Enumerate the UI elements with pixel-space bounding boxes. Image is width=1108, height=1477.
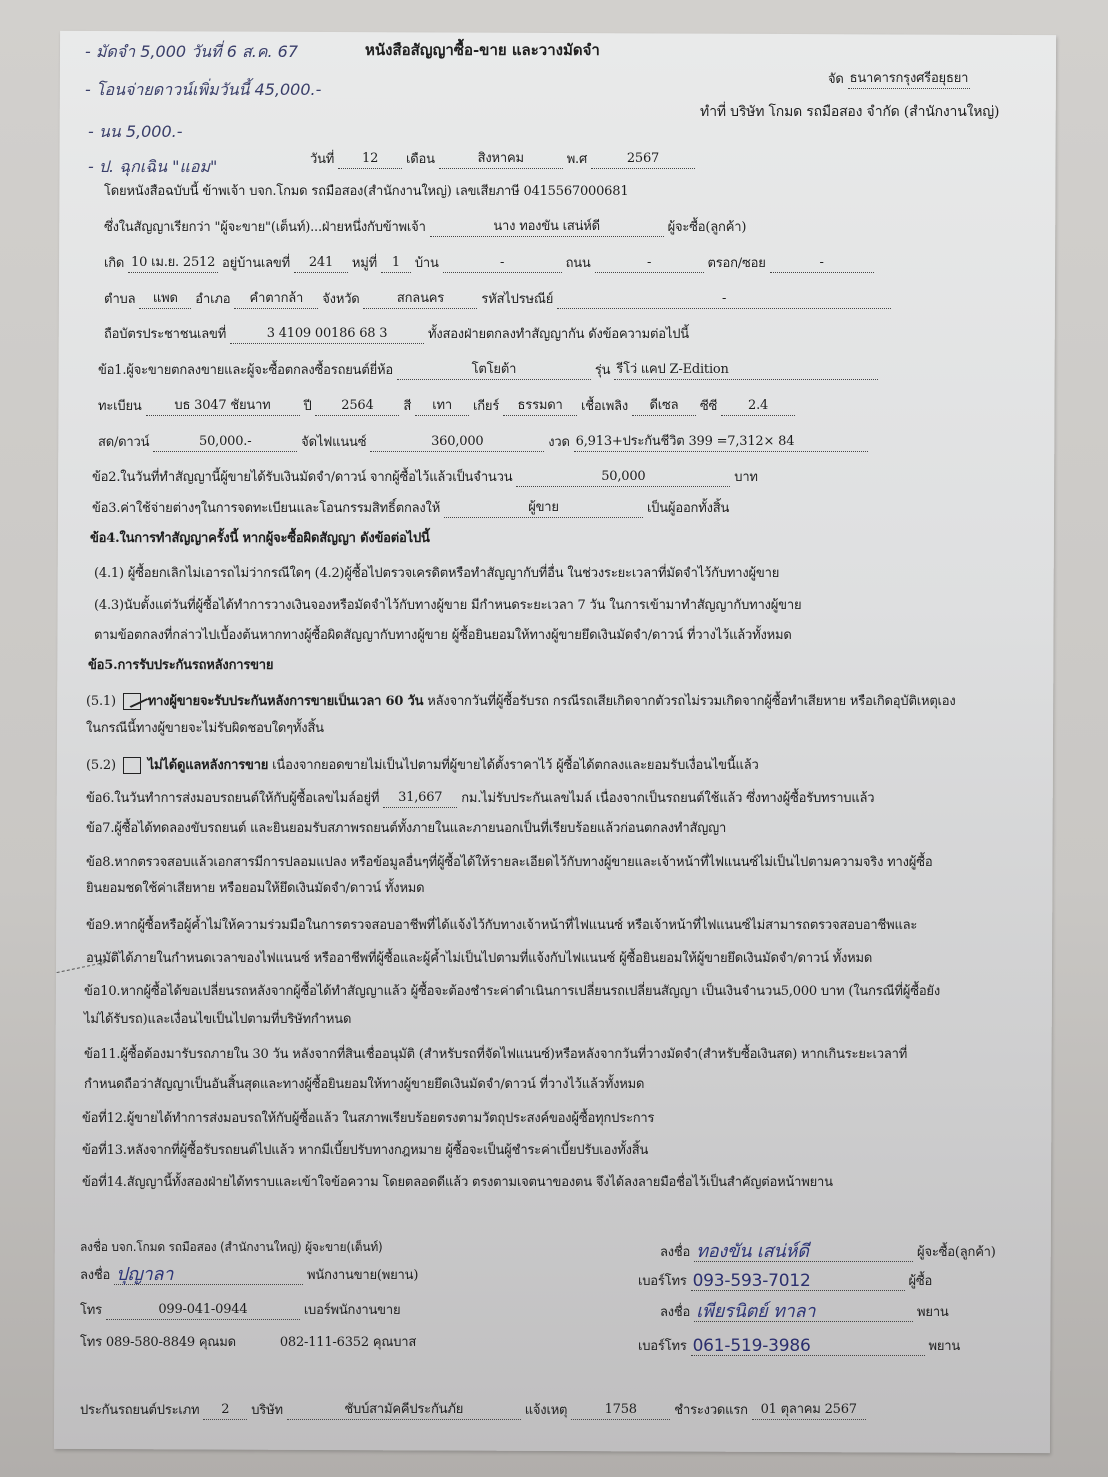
option-number: (5.2) [86,758,116,773]
phone-label: โทร [80,1303,102,1318]
clause-4-line: (4.1) ผู้ซื้อยกเลิกไม่เอารถไม่ว่ากรณีใดๆ… [94,565,779,583]
down-label: สด/ดาวน์ [98,435,149,450]
clause-4-heading: ข้อ4.ในการทำสัญญาครั้งนี้ หากผู้จะซื้อผิ… [90,530,430,548]
contract-date: วันที่ 12 เดือน สิงหาคม พ.ศ 2567 [310,150,695,169]
clause-3-text: ข้อ3.ค่าใช้จ่ายต่างๆในการจดทะเบียนและโอน… [92,501,440,516]
date-day: 12 [338,150,402,169]
car-color: เทา [415,397,469,416]
car-year: 2564 [315,397,399,416]
seller-clause: ซึ่งในสัญญาเรียกว่า "ผู้จะขาย"(เต็นท์)..… [104,220,426,235]
road-label: ถนน [566,256,591,271]
clause-9-cont: อนุมัติได้ภายในกำหนดเวลาของไฟแนนซ์ หรืออ… [86,950,872,968]
no-warranty-checkbox[interactable] [123,757,141,774]
down-payment: 50,000.- [153,433,297,452]
finance-bank-row: จัด ธนาคารกรุงศรีอยุธยา [828,70,970,89]
village: - [443,254,562,273]
option-1-text: หลังจากวันที่ผู้ซื้อรับรถ กรณีรถเสียเกิด… [427,694,955,709]
month-label: เดือน [406,152,435,167]
mileage: 31,667 [383,789,457,808]
clause-4-line: ตามข้อตกลงที่กล่าวไปเบื้องต้นหากทางผู้ซื… [94,627,792,645]
clause-4-line: (4.3)นับตั้งแต่วันที่ผู้ซื้อได้ทำการวางเ… [94,597,801,615]
postcode-label: รหัสไปรษณีย์ [481,292,553,307]
house-label: อยู่บ้านเลขที่ [222,256,290,271]
car-model: รีโว่ แคป Z-Edition [614,361,878,380]
clause-2: ข้อ2.ในวันที่ทำสัญญานี้ผู้ขายได้รับเงินม… [92,468,758,487]
sign-label: ลงชื่อ [660,1305,690,1320]
amphoe-label: อำเภอ [195,292,230,307]
clause-7: ข้อ7.ผู้ซื้อได้ทดลองขับรถยนต์ และยินยอมร… [86,820,726,838]
clause-10: ข้อ10.หากผู้ซื้อได้ขอเปลี่ยนรถหลังจากผู้… [84,983,940,1001]
plate-number: บธ 3047 ชัยนาท [146,397,300,416]
buyer-name: นาง ทองขัน เสน่ห์ดี [430,218,664,237]
salesperson-phone: 099-041-0944 [106,1301,300,1320]
buyer-role: ผู้จะซื้อ(ลูกค้า) [917,1245,996,1260]
handwritten-note: - โอนจ่ายดาวน์เพิ่มวันนี้ 45,000.- [85,78,321,103]
finance-label: จัด [828,72,844,87]
first-payment-label: ชำระงวดแรก [674,1403,748,1418]
seller-buyer-line: ซึ่งในสัญญาเรียกว่า "ผู้จะขาย"(เต็นท์)..… [104,218,746,237]
seller-signature-line: ลงชื่อ บจก.โกมด รถมือสอง (สำนักงานใหญ่) … [80,1238,383,1256]
clause-12: ข้อที่12.ผู้ขายได้ทำการส่งมอบรถให้กับผู้… [82,1110,654,1128]
clause-8-cont: ยินยอมชดใช้ค่าเสียหาย หรือยอมให้ยึดเงินม… [86,880,424,898]
deposit-amount: 50,000 [516,468,730,487]
option-2-bold: ไม่ได้ดูแลหลังการขาย [148,758,269,773]
clause-6-tail: กม.ไม่รับประกันเลขไมล์ เนื่องจากเป็นรถยน… [461,791,874,806]
moo: 1 [381,254,411,273]
car-fuel: ดีเซล [632,397,696,416]
option-2-text: เนื่องจากยอดขายไม่เป็นไปตามที่ผู้ขายได้ต… [272,758,758,773]
claim-label: แจ้งเหตุ [525,1403,568,1418]
soi: - [770,254,874,273]
color-label: สี [403,399,411,414]
salesperson-role: พนักงานขาย(พยาน) [307,1268,418,1283]
day-label: วันที่ [310,152,334,167]
fee-payer: ผู้ขาย [444,499,643,518]
insurance-line: ประกันรถยนต์ประเภท 2 บริษัท ชับบ์สามัคคี… [80,1401,866,1420]
option-1-bold: ทางผู้ขายจะรับประกันหลังการขายเป็นเวลา 6… [148,694,424,709]
first-payment-date: 01 ตุลาคม 2567 [752,1401,866,1420]
clause-11: ข้อ11.ผู้ซื้อต้องมารับรถภายใน 30 วัน หลั… [84,1046,907,1064]
salesperson-phone-role: เบอร์พนักงานขาย [304,1303,401,1318]
finance-amount: 360,000 [370,433,544,452]
salesperson-phone-line: โทร 099-041-0944 เบอร์พนักงานขาย [80,1301,400,1320]
id-number: 3 4109 00186 68 3 [230,325,424,344]
witness-signature: ลงชื่อ เพียรนิตย์ ทาลา พยาน [660,1303,949,1322]
address-line-2: ตำบล แพด อำเภอ คำตากล้า จังหวัด สกลนคร ร… [104,290,891,309]
contract-place: ทำที่ บริษัท โกมด รถมือสอง จำกัด (สำนักง… [700,103,999,121]
address-line-1: เกิด 10 เม.ย. 2512 อยู่บ้านเลขที่ 241 หม… [104,254,874,273]
clause-2-text: ข้อ2.ในวันที่ทำสัญญานี้ผู้ขายได้รับเงินม… [92,470,512,485]
tambon: แพด [139,290,191,309]
document-title: หนังสือสัญญาซื้อ-ขาย และวางมัดจำ [365,38,600,62]
clause-5-heading: ข้อ5.การรับประกันรถหลังการขาย [88,657,273,675]
contact-line: โทร 089-580-8849 คุณมด 082-111-6352 คุณบ… [80,1334,416,1352]
agree-text: ทั้งสองฝ่ายตกลงทำสัญญากัน ดังข้อความต่อไ… [428,327,689,342]
province: สกลนคร [363,290,477,309]
clause-3: ข้อ3.ค่าใช้จ่ายต่างๆในการจดทะเบียนและโอน… [92,499,729,518]
buyer-signature: ลงชื่อ ทองขัน เสน่ห์ดี ผู้จะซื้อ(ลูกค้า) [660,1243,996,1262]
year-label: พ.ศ [567,152,587,167]
finance-amount-label: จัดไฟแนนซ์ [301,435,366,450]
installment: 6,913+ประกันชีวิต 399 =7,312× 84 [574,433,868,452]
clause-9: ข้อ9.หากผู้ซื้อหรือผู้ค้ำไม่ให้ความร่วมม… [86,917,917,935]
contact-2: 082-111-6352 คุณบาส [280,1335,416,1350]
finance-bank: ธนาคารกรุงศรีอยุธยา [848,70,970,89]
postcode: - [557,290,891,309]
clause-10-cont: ไม่ได้รับรถ)และเงื่อนไขเป็นไปตามที่บริษั… [84,1011,351,1029]
clause-1-text: ข้อ1.ผู้จะขายตกลงขายและผู้จะซื้อตกลงซื้อ… [98,363,393,378]
insurance-company-label: บริษัท [251,1403,283,1418]
buyer-phone-role: ผู้ซื้อ [909,1274,933,1289]
handwritten-note: - ป. ฉุกเฉิน "แอม" [88,155,217,180]
date-month: สิงหาคม [439,150,563,169]
clause-11-cont: กำหนดถือว่าสัญญาเป็นอันสิ้นสุดและทางผู้ซ… [84,1076,644,1094]
soi-label: ตรอก/ซอย [707,256,765,271]
intro-line: โดยหนังสือฉบับนี้ ข้าพเจ้า บจก.โกมด รถมื… [104,183,628,201]
model-label: รุ่น [595,363,610,378]
tel-label: เบอร์โทร [638,1339,687,1354]
buyer-phone: 093-593-7012 [691,1272,905,1291]
payment-line: สด/ดาวน์ 50,000.- จัดไฟแนนซ์ 360,000 งวด… [98,433,868,452]
claim-number: 1758 [571,1401,670,1420]
witness-sig: เพียรนิตย์ ทาลา [694,1303,913,1322]
id-label: ถือบัตรประชาชนเลขที่ [104,327,226,342]
moo-label: หมู่ที่ [352,256,377,271]
sign-label: ลงชื่อ [660,1245,690,1260]
witness-phone-role: พยาน [929,1339,961,1354]
insurance-company: ชับบ์สามัคคีประกันภัย [287,1401,521,1420]
handwritten-note: - นน 5,000.- [88,120,182,145]
house-no: 241 [294,254,348,273]
plate-label: ทะเบียน [98,399,142,414]
currency-unit: บาท [734,470,758,485]
date-year: 2567 [591,150,695,169]
car-brand: โตโยต้า [397,361,591,380]
warranty-60-days-checkbox[interactable] [123,693,141,710]
salesperson-signature: ลงชื่อ ปุญาลา พนักงานขาย(พยาน) [80,1266,418,1285]
tambon-label: ตำบล [104,292,135,307]
buyer-role: ผู้จะซื้อ(ลูกค้า) [668,220,747,235]
car-details-line: ทะเบียน บธ 3047 ชัยนาท ปี 2564 สี เทา เก… [98,397,795,416]
province-label: จังหวัด [322,292,359,307]
warranty-option-1-cont: ในกรณีนี้ทางผู้ขายจะไม่รับผิดชอบใดๆทั้งส… [86,720,324,738]
clause-6-text: ข้อ6.ในวันทำการส่งมอบรถยนต์ให้กับผู้ซื้อ… [86,791,379,806]
insurance-type: 2 [203,1401,247,1420]
installment-label: งวด [548,435,570,450]
cc-label: ซีซี [700,399,717,414]
witness-phone: 061-519-3986 [691,1337,925,1356]
birth-date: 10 เม.ย. 2512 [128,254,218,273]
clause-8: ข้อ8.หากตรวจสอบแล้วเอกสารมีการปลอมแปลง ห… [86,854,932,872]
year-label: ปี [303,399,311,414]
amphoe: คำตากล้า [234,290,318,309]
car-cc: 2.4 [721,397,795,416]
clause-14: ข้อที่14.สัญญานี้ทั้งสองฝ่ายได้ทราบและเข… [82,1174,833,1192]
handwritten-note: - มัดจำ 5,000 วันที่ 6 ส.ค. 67 [85,40,298,65]
contact-1: โทร 089-580-8849 คุณมด [80,1335,236,1350]
clause-1: ข้อ1.ผู้จะขายตกลงขายและผู้จะซื้อตกลงซื้อ… [98,361,878,380]
clause-13: ข้อที่13.หลังจากที่ผู้ซื้อรับรถยนต์ไปแล้… [82,1142,648,1160]
clause-6: ข้อ6.ในวันทำการส่งมอบรถยนต์ให้กับผู้ซื้อ… [86,789,874,808]
car-gear: ธรรมดา [503,397,577,416]
salesperson-sig: ปุญาลา [114,1266,303,1285]
warranty-option-1: (5.1) ทางผู้ขายจะรับประกันหลังการขายเป็น… [86,693,956,711]
tel-label: เบอร์โทร [638,1274,687,1289]
warranty-option-2: (5.2) ไม่ได้ดูแลหลังการขาย เนื่องจากยอดข… [86,757,759,775]
sign-label: ลงชื่อ [80,1268,110,1283]
road: - [595,254,704,273]
witness-role: พยาน [917,1305,949,1320]
village-label: บ้าน [415,256,439,271]
witness-phone-line: เบอร์โทร 061-519-3986 พยาน [638,1337,960,1356]
fuel-label: เชื้อเพลิง [581,399,628,414]
id-card-line: ถือบัตรประชาชนเลขที่ 3 4109 00186 68 3 ท… [104,325,689,344]
born-label: เกิด [104,256,124,271]
gear-label: เกียร์ [473,399,499,414]
buyer-phone-line: เบอร์โทร 093-593-7012 ผู้ซื้อ [638,1272,932,1291]
option-number: (5.1) [86,694,116,709]
insurance-type-label: ประกันรถยนต์ประเภท [80,1403,199,1418]
buyer-sig: ทองขัน เสน่ห์ดี [694,1243,913,1262]
clause-3-tail: เป็นผู้ออกทั้งสิ้น [647,501,729,516]
